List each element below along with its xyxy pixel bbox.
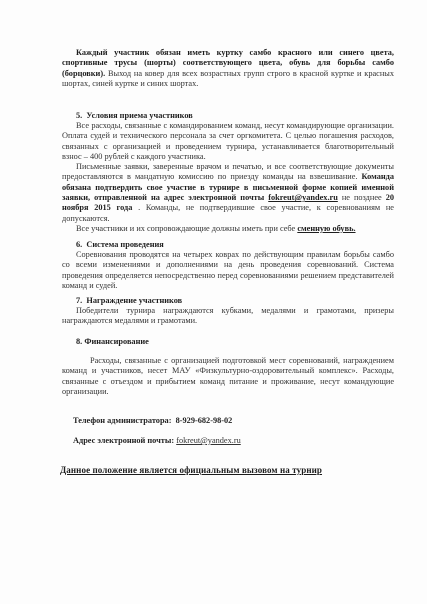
section-number: 5. [76, 111, 82, 120]
section-7-body: Победители турнира награждаются кубками,… [62, 306, 394, 327]
intro-normal-text: Выход на ковер для всех возрастных групп… [62, 69, 394, 88]
phone-value: 8-929-682-98-02 [176, 416, 233, 425]
email-link[interactable]: fokreut@yandex.ru [268, 193, 338, 202]
section-8-heading: 8. Финансирование [76, 337, 149, 347]
section-number: 6. [76, 240, 82, 249]
section-5-paragraph-2: Письменные заявки, заверенные врачом и п… [62, 162, 394, 224]
section-number: 8. [76, 337, 82, 346]
section-title: Условия приема участников [86, 111, 192, 120]
section-title: Финансирование [84, 337, 149, 346]
shoes-text: Все участники и их сопровождающие должны… [76, 224, 297, 233]
section-5-paragraph-3: Все участники и их сопровождающие должны… [62, 224, 394, 234]
official-invitation-note: Данное положение является официальным вы… [60, 465, 322, 475]
email-label: Адрес электронной почты: [73, 436, 174, 445]
email-line: Адрес электронной почты: fokreut@yandex.… [73, 436, 241, 445]
deadline-prefix: не позднее [338, 193, 386, 202]
section-5-heading: 5. Условия приема участников [76, 111, 193, 121]
shoes-emphasis: сменную обувь. [297, 224, 355, 233]
section-title: Система проведения [86, 240, 163, 249]
section-7-heading: 7. Награждение участников [76, 296, 182, 306]
document-page: Каждый участник обязан иметь куртку самб… [0, 0, 427, 604]
applications-text: Письменные заявки, заверенные врачом и п… [62, 162, 394, 181]
section-5-body: Все расходы, связанные с командированием… [62, 121, 394, 234]
contact-email-link[interactable]: fokreut@yandex.ru [176, 436, 241, 445]
intro-paragraph: Каждый участник обязан иметь куртку самб… [62, 48, 394, 89]
section-title: Награждение участников [86, 296, 182, 305]
section-5-paragraph-1: Все расходы, связанные с командированием… [62, 121, 394, 162]
section-8-body: Расходы, связанные с организацией подгот… [62, 356, 394, 397]
section-6-heading: 6. Система проведения [76, 240, 164, 250]
phone-label: Телефон администратора: [73, 416, 171, 425]
section-number: 7. [76, 296, 82, 305]
phone-line: Телефон администратора: 8-929-682-98-02 [73, 416, 232, 425]
section-6-body: Соревнования проводятся на четырех ковра… [62, 250, 394, 291]
